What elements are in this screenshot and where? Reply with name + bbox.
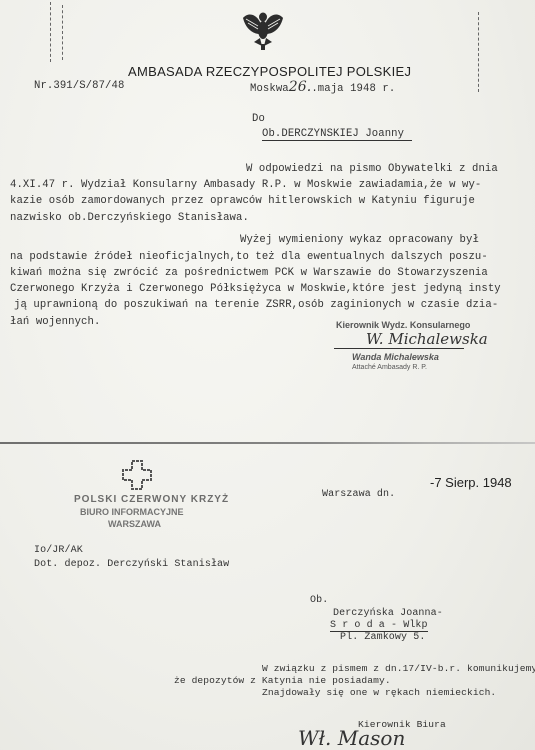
handwritten-day: 26.: [289, 79, 312, 95]
recipient-name: Derczyńska Joanna-: [333, 608, 443, 619]
subject-line: Dot. depoz. Derczyński Stanisław: [34, 559, 229, 570]
red-cross-icon: [122, 460, 152, 490]
reference-number: Nr.391/S/87/48: [34, 80, 124, 92]
margin-mark: [62, 5, 63, 60]
recipient-name: Ob.DERCZYNSKIEJ Joanny: [262, 128, 412, 141]
signatory-name: Wanda Michalewska: [352, 352, 439, 362]
recipient-prefix: Ob.: [310, 595, 328, 606]
body-line: Znajdowały się one w rękach niemieckich.: [262, 687, 496, 698]
stamp-line: POLSKI CZERWONY KRZYŻ: [74, 494, 229, 505]
date-stamp: -7 Sierp. 1948: [430, 475, 512, 490]
place-date: Moskwa26..maja 1948 r.: [250, 79, 395, 95]
body-line: Czerwonego Krzyża i Czerwonego Półksięży…: [10, 283, 501, 295]
letterhead: AMBASADA RZECZYPOSPOLITEJ POLSKIEJ: [128, 64, 411, 79]
margin-mark: [478, 12, 479, 92]
body-line: W odpowiedzi na pismo Obywatelki z dnia: [246, 163, 498, 175]
recipient-to: Do: [252, 113, 265, 125]
second-place: Warszawa dn.: [322, 489, 395, 500]
recipient-town: S r o d a - Wlkp: [330, 620, 428, 632]
body-line: W związku z pismem z dn.17/IV-b.r. komun…: [262, 663, 535, 674]
handwritten-signature: W. Michalewska: [366, 330, 488, 348]
handwritten-signature: Wł. Mason: [298, 726, 405, 750]
margin-mark: [50, 2, 51, 62]
place: Moskwa: [250, 83, 289, 95]
signature-line: [334, 348, 464, 349]
body-line: ją uprawnioną do poszukiwań na terenie Z…: [14, 299, 498, 311]
body-line: kiwań można się zwrócić za pośrednictwem…: [10, 267, 488, 279]
fold-line: [0, 442, 535, 444]
body-line: Wyżej wymieniony wykaz opracowany był: [240, 234, 479, 246]
body-line: łań wojennych.: [10, 316, 100, 328]
stamp-line: BIURO INFORMACYJNE: [80, 507, 184, 517]
body-line: kazie osób zamordowanych przez oprawców …: [10, 195, 475, 207]
polish-eagle-icon: [240, 8, 286, 52]
signatory-position: Attaché Ambasady R. P.: [352, 364, 427, 371]
body-line: nazwisko ob.Derczyńskiego Stanisława.: [10, 212, 249, 224]
month-year: .maja 1948 r.: [311, 83, 395, 95]
body-line: 4.XI.47 r. Wydział Konsularny Ambasady R…: [10, 179, 481, 191]
stamp-line: WARSZAWA: [108, 519, 161, 529]
body-line: że depozytów z Katynia nie posiadamy.: [174, 675, 391, 686]
body-line: na podstawie źródeł nieoficjalnych,to te…: [10, 251, 488, 263]
second-reference: Io/JR/AK: [34, 545, 83, 556]
signatory-title: Kierownik Wydz. Konsularnego: [336, 320, 470, 330]
recipient-address: Pl. Zamkowy 5.: [340, 632, 425, 643]
document-page: AMBASADA RZECZYPOSPOLITEJ POLSKIEJ Nr.39…: [0, 0, 535, 750]
